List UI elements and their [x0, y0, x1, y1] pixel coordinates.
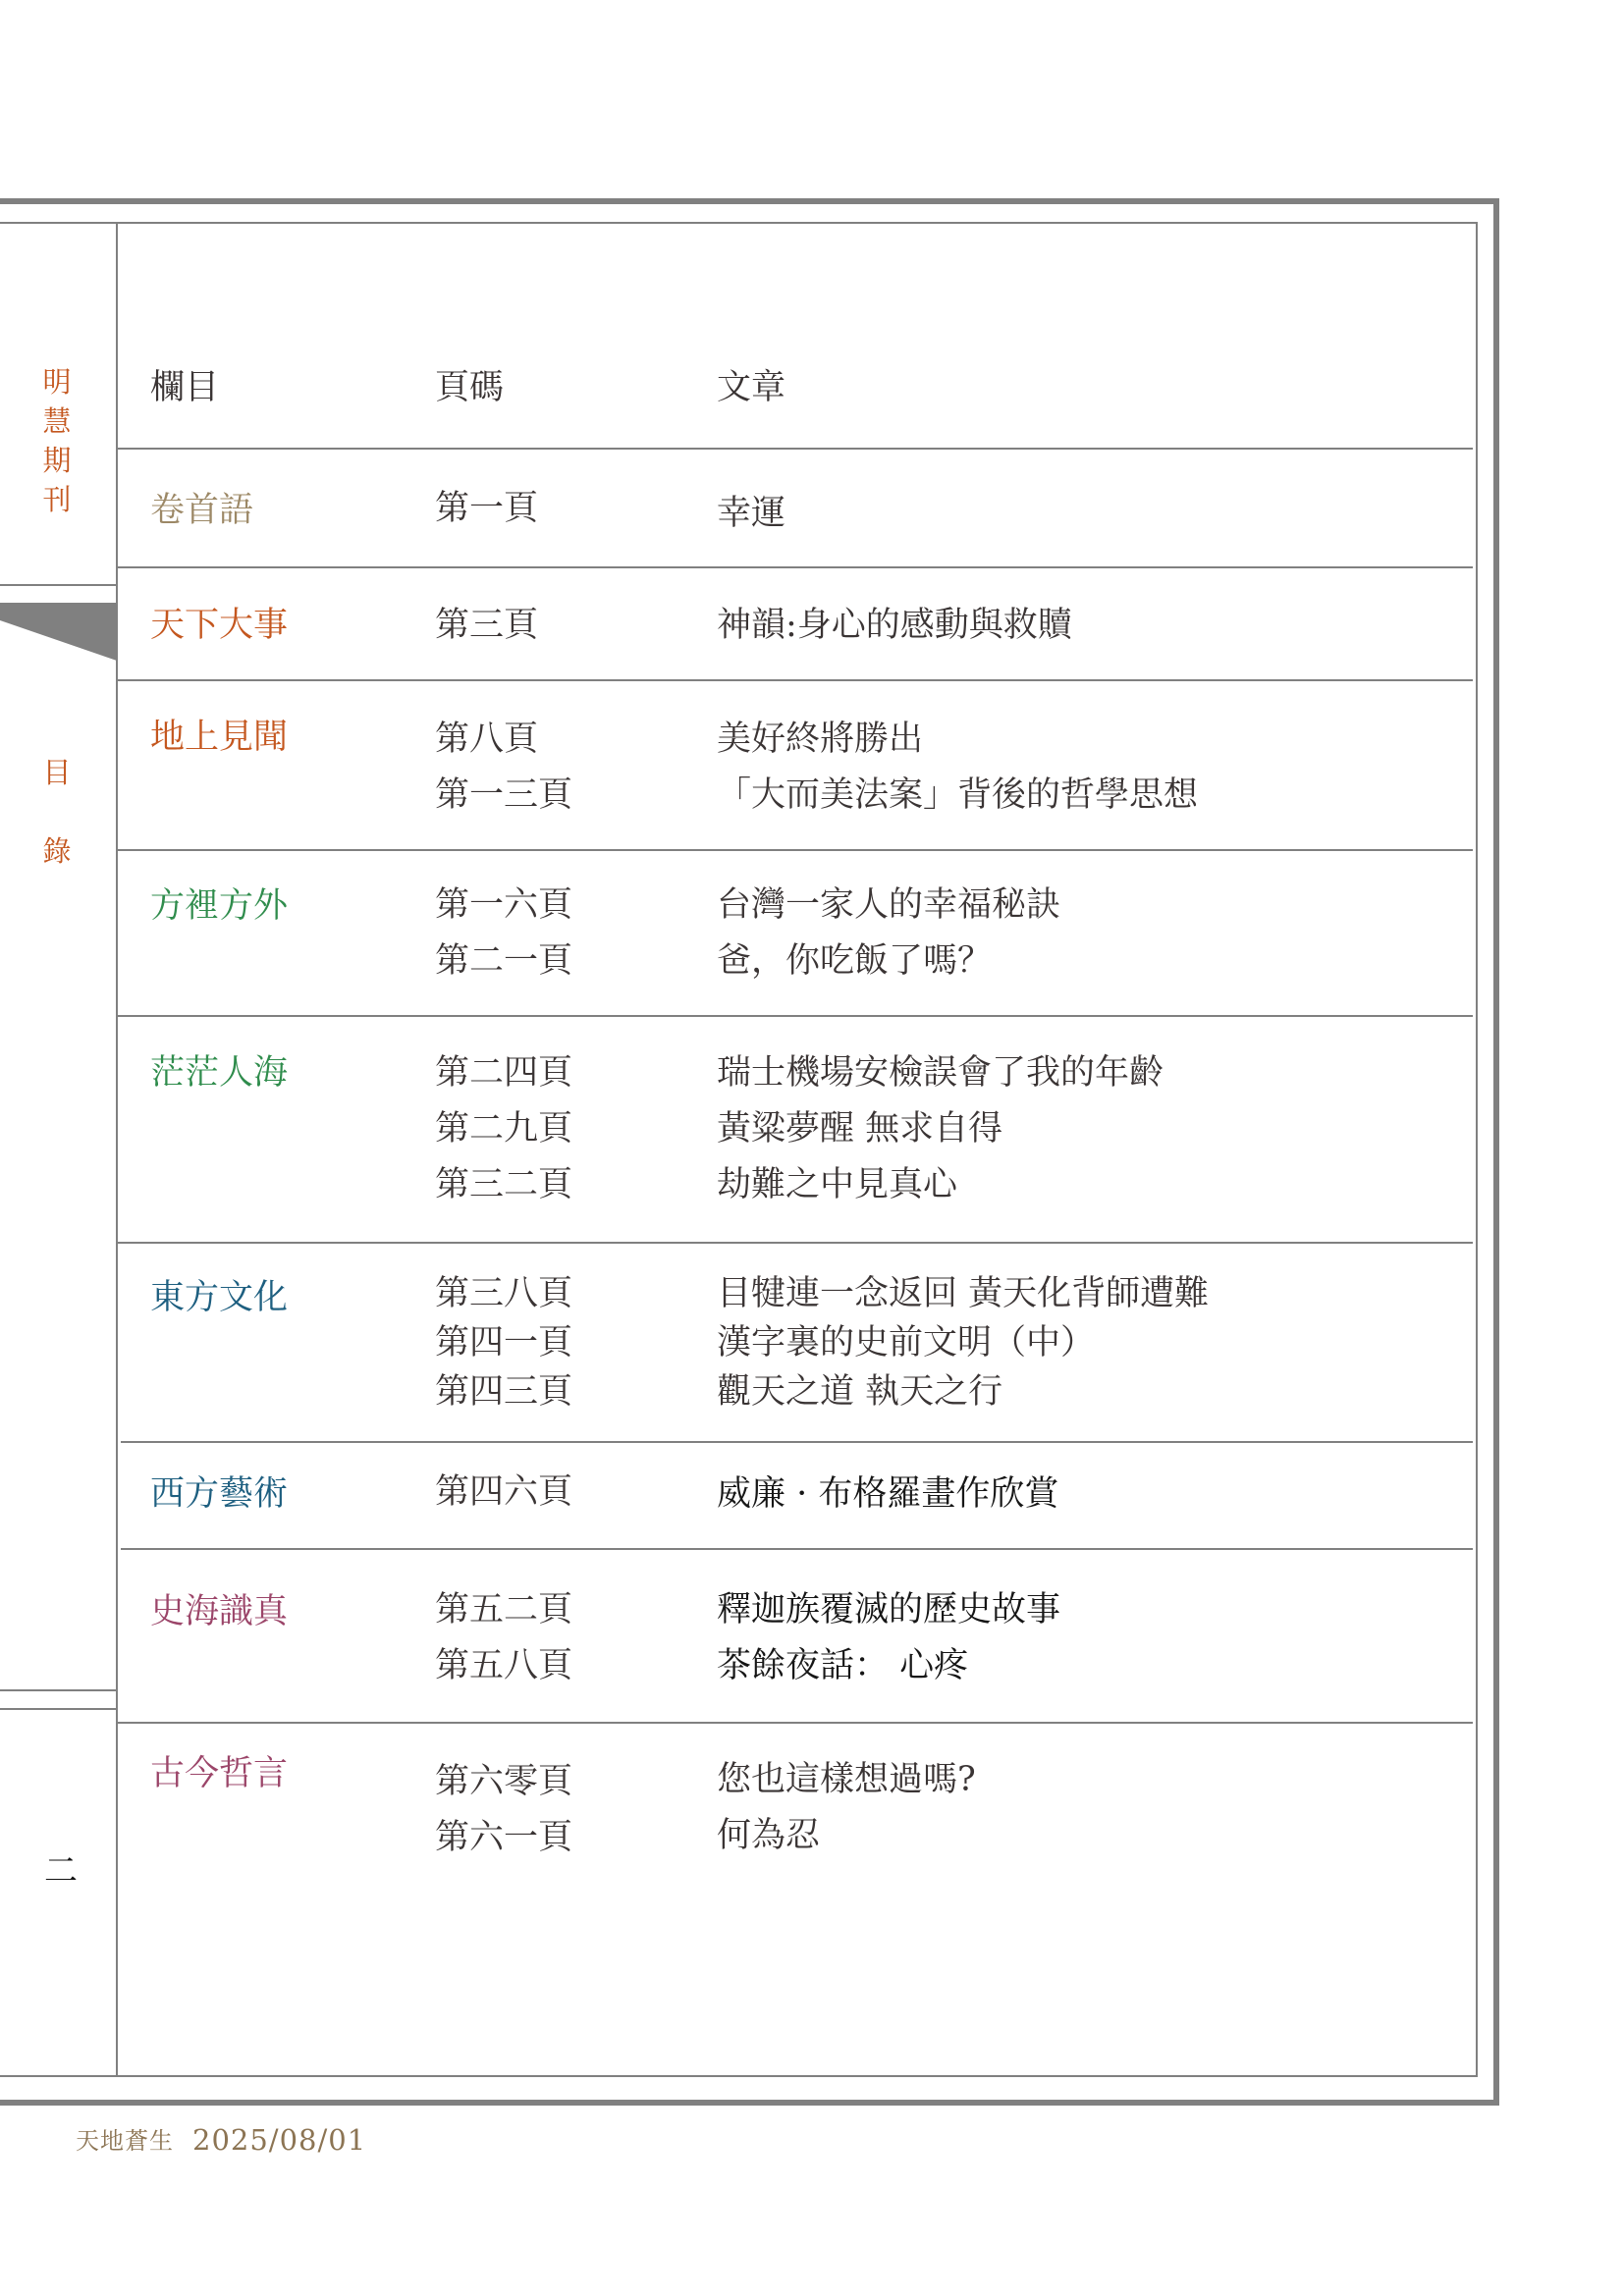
section-vertical-title: 目 錄 — [37, 733, 77, 890]
article-title[interactable]: 目犍連一念返回 黃天化背師遭難 — [717, 1274, 1209, 1313]
article-title[interactable]: 美好終將勝出 — [717, 720, 923, 759]
article-title[interactable]: 漢字裏的史前文明（中） — [717, 1323, 1095, 1362]
page-ref[interactable]: 第四六頁 — [435, 1472, 572, 1512]
sidebar-divider — [116, 223, 118, 2075]
page-ref[interactable]: 第六零頁 — [435, 1762, 572, 1801]
article-title[interactable]: 爸，你吃飯了嗎？ — [717, 941, 992, 981]
row-divider — [118, 566, 1473, 568]
article-title[interactable]: 瑞士機場安檢誤會了我的年齡 — [717, 1053, 1164, 1093]
page-number: 二 — [43, 1853, 79, 1889]
page-ref[interactable]: 第二九頁 — [435, 1109, 572, 1148]
decorative-wedge-icon — [0, 602, 118, 663]
category-label: 史海識真 — [150, 1592, 288, 1631]
category-label: 方裡方外 — [150, 886, 288, 926]
page-ref[interactable]: 第五二頁 — [435, 1590, 572, 1629]
publication-vertical-title: 明 慧 期 刊 — [37, 362, 77, 519]
page-ref[interactable]: 第三二頁 — [435, 1165, 572, 1204]
row-divider — [118, 448, 1473, 450]
row-divider — [118, 679, 1473, 681]
article-title[interactable]: 劫難之中見真心 — [717, 1165, 957, 1204]
header-category: 欄目 — [150, 368, 219, 407]
page-ref[interactable]: 第一三頁 — [435, 775, 572, 815]
sidebar-rule — [0, 584, 117, 586]
page-ref[interactable]: 第八頁 — [435, 720, 538, 759]
article-title[interactable]: 幸運 — [717, 494, 785, 533]
publication-char: 慧 — [37, 401, 77, 441]
page-ref[interactable]: 第四三頁 — [435, 1372, 572, 1412]
page-ref[interactable]: 第三頁 — [435, 606, 538, 645]
article-title[interactable]: 威廉 · 布格羅畫作欣賞 — [717, 1474, 1058, 1514]
category-label: 西方藝術 — [150, 1474, 288, 1514]
row-divider — [118, 1015, 1473, 1017]
page-ref[interactable]: 第二四頁 — [435, 1053, 572, 1093]
page-ref[interactable]: 第六一頁 — [435, 1818, 572, 1857]
category-label: 卷首語 — [150, 491, 253, 530]
category-label: 東方文化 — [150, 1278, 288, 1317]
page-ref[interactable]: 第四一頁 — [435, 1323, 572, 1362]
article-title[interactable]: 何為忍 — [717, 1816, 820, 1855]
row-divider — [118, 1722, 1473, 1724]
section-char: 目 — [37, 733, 77, 812]
page-ref[interactable]: 第二一頁 — [435, 941, 572, 981]
section-char: 錄 — [37, 812, 77, 890]
article-title[interactable]: 觀天之道 執天之行 — [717, 1372, 1002, 1412]
publication-char: 刊 — [37, 480, 77, 519]
article-title[interactable]: 台灣一家人的幸福秘訣 — [717, 885, 1060, 925]
article-title[interactable]: 黃粱夢醒 無求自得 — [717, 1109, 1002, 1148]
category-label: 天下大事 — [150, 606, 288, 645]
page-ref[interactable]: 第三八頁 — [435, 1274, 572, 1313]
row-divider — [118, 1242, 1473, 1244]
page-ref[interactable]: 第五八頁 — [435, 1646, 572, 1685]
publication-char: 明 — [37, 362, 77, 401]
header-article: 文章 — [717, 368, 785, 407]
footer-publication: 天地蒼生 — [76, 2126, 174, 2156]
article-title[interactable]: 茶餘夜話： 心疼 — [717, 1646, 968, 1685]
row-divider — [121, 1548, 1473, 1550]
page-ref[interactable]: 第一六頁 — [435, 885, 572, 925]
header-page: 頁碼 — [435, 368, 504, 407]
row-divider — [118, 849, 1473, 851]
article-title[interactable]: 釋迦族覆滅的歷史故事 — [717, 1590, 1060, 1629]
publication-char: 期 — [37, 441, 77, 480]
sidebar-rule — [0, 1689, 117, 1691]
sidebar-rule — [0, 1708, 117, 1710]
category-label: 地上見聞 — [150, 718, 288, 757]
article-title[interactable]: 「大而美法案」背後的哲學思想 — [717, 775, 1198, 815]
page-ref[interactable]: 第一頁 — [435, 489, 538, 528]
footer-date: 2025/08/01 — [192, 2124, 366, 2156]
category-label: 茫茫人海 — [150, 1053, 288, 1093]
article-title[interactable]: 您也這樣想過嗎? — [717, 1760, 976, 1799]
category-label: 古今哲言 — [150, 1754, 288, 1793]
article-title[interactable]: 神韻:身心的感動與救贖 — [717, 606, 1072, 645]
row-divider — [121, 1441, 1473, 1443]
